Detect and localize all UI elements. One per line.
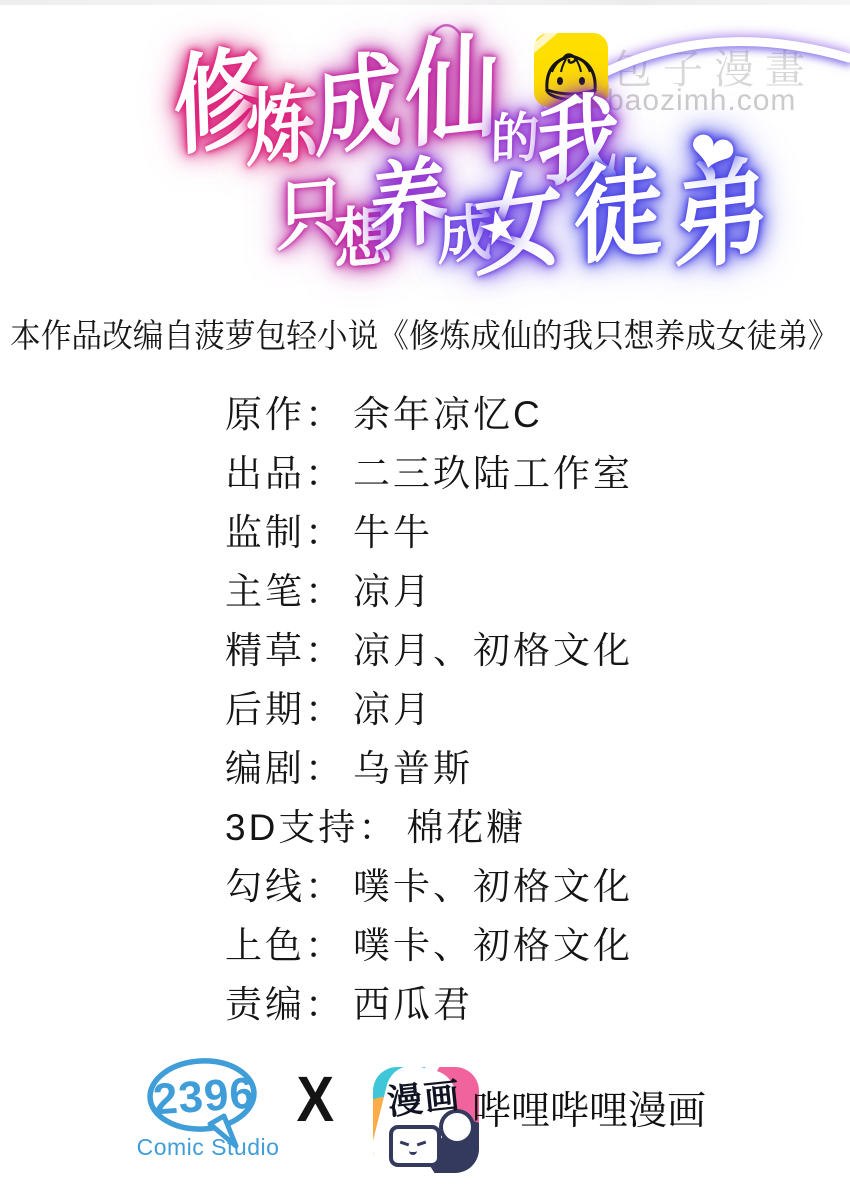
bilibili-manga-app-icon: 漫画 (373, 1067, 479, 1173)
credit-value: 棉花糖 (406, 797, 526, 851)
credit-colon: ： (358, 797, 398, 851)
credit-row: 后期：凉月 (225, 676, 633, 735)
title-char: 徒 (573, 154, 662, 272)
tv-right-eye (417, 1141, 426, 1147)
watermark-domain: baozimh.com (607, 84, 796, 118)
credit-row: 勾线：噗卡、初格文化 (225, 853, 633, 912)
baozi-right-eye (579, 77, 585, 85)
credit-colon: ： (305, 974, 345, 1028)
credit-label: 主笔 (225, 561, 305, 615)
manga-icon-label: 漫画 (385, 1067, 476, 1125)
credit-value: 牛牛 (353, 502, 433, 556)
page-top-divider (0, 0, 850, 5)
credit-row: 原作：余年凉忆C (225, 381, 633, 440)
credit-colon: ： (305, 679, 345, 733)
credit-value: 余年凉忆C (353, 384, 543, 438)
credit-value: 凉月 (353, 561, 433, 615)
credit-row: 3D支持：棉花糖 (225, 794, 633, 853)
credit-colon: ： (305, 443, 345, 497)
title-char: 炼 (246, 80, 317, 172)
collab-x-separator: X (297, 1062, 335, 1136)
credit-value: 凉月 (353, 679, 433, 733)
credit-colon: ： (305, 384, 345, 438)
adaptation-note: 本作品改编自菠萝包轻小说《修炼成仙的我只想养成女徒弟》 (10, 310, 839, 357)
credit-row: 责编：西瓜君 (225, 971, 633, 1030)
credit-value: 西瓜君 (353, 974, 473, 1028)
tv-face-icon (389, 1125, 441, 1167)
credit-value: 噗卡、初格文化 (353, 915, 633, 969)
credit-label: 编剧 (225, 738, 305, 792)
title-char: 仙 (405, 29, 499, 156)
credit-label: 3D支持 (225, 797, 358, 851)
credit-label: 原作 (225, 384, 305, 438)
credit-row: 主笔：凉月 (225, 558, 633, 617)
title-char: 成 (313, 47, 402, 164)
tv-mouth (409, 1148, 417, 1155)
studio-number: 2396 (150, 1068, 257, 1125)
credit-label: 上色 (225, 915, 305, 969)
credit-row: 精草：凉月、初格文化 (225, 617, 633, 676)
comic-credits-page: 包子漫畫 baozimh.com 修 炼 成 仙 的 我 只 想 养 成 女 徒… (0, 0, 850, 1195)
title-char: 的 (490, 110, 539, 168)
credit-row: 出品：二三玖陆工作室 (225, 440, 633, 499)
platform-name: 哔哩哔哩漫画 (472, 1080, 706, 1136)
credit-row: 监制：牛牛 (225, 499, 633, 558)
credit-colon: ： (305, 915, 345, 969)
credit-label: 勾线 (225, 856, 305, 910)
credit-colon: ： (305, 561, 345, 615)
credit-row: 编剧：乌普斯 (225, 735, 633, 794)
credit-label: 精草 (225, 620, 305, 674)
credit-colon: ： (305, 620, 345, 674)
credit-row: 上色：噗卡、初格文化 (225, 912, 633, 971)
credit-colon: ： (305, 502, 345, 556)
credit-value: 乌普斯 (353, 738, 473, 792)
credit-colon: ： (305, 856, 345, 910)
credit-label: 出品 (225, 443, 305, 497)
credit-colon: ： (305, 738, 345, 792)
credit-value: 二三玖陆工作室 (353, 443, 633, 497)
credit-label: 后期 (225, 679, 305, 733)
credit-label: 监制 (225, 502, 305, 556)
credit-value: 凉月、初格文化 (353, 620, 633, 674)
tv-left-eye (400, 1141, 409, 1147)
baozi-left-eye (557, 77, 563, 85)
credit-label: 责编 (225, 974, 305, 1028)
credit-value: 噗卡、初格文化 (353, 856, 633, 910)
credits-list: 原作：余年凉忆C 出品：二三玖陆工作室 监制：牛牛 主笔：凉月 精草：凉月、初格… (225, 381, 633, 1030)
